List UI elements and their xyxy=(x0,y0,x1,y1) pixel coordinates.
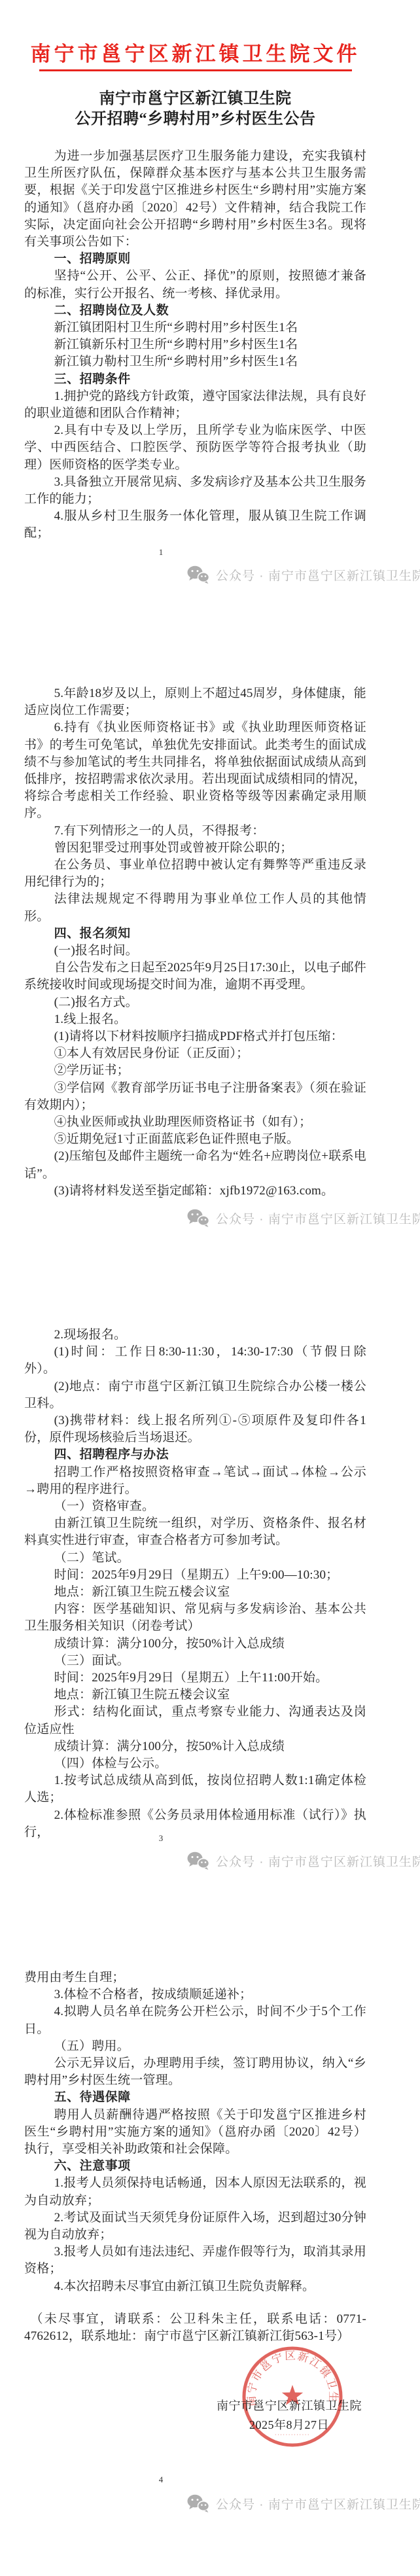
paragraph: 4.拟聘人员名单在院务公开栏公示，时间不少于5个工作日。 xyxy=(24,2003,366,2037)
paragraph: 内容：医学基础知识、常见病与多发病诊治、基本公共卫生服务相关知识（闭卷考试） xyxy=(24,1601,366,1635)
paragraph: 法律法规规定不得聘用为事业单位工作人员的其他情形。 xyxy=(24,891,366,925)
page-2-body: 5.年龄18岁及以上，原则上不超过45周岁，身体健康，能适应岗位工作需要；6.持… xyxy=(24,685,366,1200)
paragraph: 时间：2025年9月29日（星期五）上午11:00开始。 xyxy=(24,1670,366,1687)
wechat-icon xyxy=(186,1851,210,1870)
paragraph: 形式：结构化面试，重点考察专业能力、沟通表达及岗位适应性 xyxy=(24,1704,366,1738)
paragraph: 新江镇力勒村卫生所“乡聘村用”乡村医生1名 xyxy=(24,353,366,370)
paragraph: (2)压缩包及邮件主题统一命名为“姓名+应聘岗位+联系电话”。 xyxy=(24,1148,366,1182)
page-number-4: 4 xyxy=(148,2475,174,2485)
section-heading: 六、注意事项 xyxy=(24,2158,366,2175)
document-scan: 南宁市邕宁区新江镇卫生院文件 南宁市邕宁区新江镇卫生院 公开招聘“乡聘村用”乡村… xyxy=(0,0,420,2576)
wechat-watermark: 公众号 · 南宁市邕宁区新江镇卫生院 xyxy=(186,2492,420,2515)
paragraph: 时间：2025年9月29日（星期五）上午9:00—10:30； xyxy=(24,1567,366,1584)
wechat-watermark: 公众号 · 南宁市邕宁区新江镇卫生院 xyxy=(186,1206,420,1230)
paragraph: 2.体检标准参照《公务员录用体检通用标准（试行）》执行， xyxy=(24,1807,366,1841)
official-seal: 南宁市邕宁区新江镇卫生院 ············· xyxy=(240,2344,345,2449)
paragraph: (二)报名方式。 xyxy=(24,994,366,1011)
paragraph: 曾因犯罪受过刑事处罚或曾被开除公职的； xyxy=(24,840,366,857)
paragraph: 招聘工作严格按照资格审查→笔试→面试→体检→公示→聘用的程序进行。 xyxy=(24,1464,366,1498)
paragraph: 4.本次招聘未尽事宜由新江镇卫生院负责解释。 xyxy=(24,2278,366,2295)
paragraph: ④执业医师或执业助理医师资格证书（如有）； xyxy=(24,1114,366,1131)
paragraph: （三）面试。 xyxy=(24,1653,366,1670)
paragraph: （二）笔试。 xyxy=(24,1550,366,1567)
seal-code-dots: ············· xyxy=(275,2432,310,2438)
paragraph: 1.报考人员须保持电话畅通，因本人原因无法联系的，视为自动放弃； xyxy=(24,2175,366,2209)
paragraph: 公示无异议后，办理聘用手续，签订聘用协议，纳入“乡聘村用”乡村医生统一管理。 xyxy=(24,2055,366,2089)
paragraph: ②学历证书； xyxy=(24,1062,366,1079)
wechat-icon xyxy=(186,1208,210,1228)
page-3-body: 2.现场报名。(1)时间：工作日8:30-11:30，14:30-17:30（节… xyxy=(24,1327,366,1841)
page-1-body: 为进一步加强基层医疗卫生服务能力建设，充实我镇村卫生所医疗队伍，保障群众基本医疗… xyxy=(24,148,366,543)
page-number-2: 2 xyxy=(148,1190,174,1200)
section-heading: 二、招聘岗位及人数 xyxy=(24,302,366,319)
paragraph: 费用由考生自理； xyxy=(24,1969,366,1986)
wechat-icon xyxy=(186,565,210,584)
paragraph: 2.现场报名。 xyxy=(24,1327,366,1344)
page-number-3: 3 xyxy=(148,1833,174,1844)
paragraph: 成绩计算：满分100分，按50%计入总成绩 xyxy=(24,1738,366,1755)
paragraph: 为进一步加强基层医疗卫生服务能力建设，充实我镇村卫生所医疗队伍，保障群众基本医疗… xyxy=(24,148,366,251)
page-4-body: 费用由考生自理；3.体检不合格者，按成绩顺延递补；4.拟聘人员名单在院务公开栏公… xyxy=(24,1969,366,2345)
announcement-title-line2: 公开招聘“乡聘村用”乡村医生公告 xyxy=(24,109,366,130)
paragraph: 3.体检不合格者，按成绩顺延递补； xyxy=(24,1986,366,2003)
page-number-1: 1 xyxy=(148,547,174,558)
paragraph: 聘用人员薪酬待遇严格按照《关于印发邕宁区推进乡村医生“乡聘村用”实施方案的通知》… xyxy=(24,2107,366,2158)
paragraph: ⑤近期免冠1寸正面蓝底彩色证件照电子版。 xyxy=(24,1131,366,1148)
paragraph: 2.具有中专及以上学历，且所学专业为临床医学、中医学、中西医结合、口腔医学、预防… xyxy=(24,422,366,474)
paragraph: （一）资格审查。 xyxy=(24,1498,366,1515)
section-heading: 五、待遇保障 xyxy=(24,2089,366,2106)
paragraph: (1)请将以下材料按顺序扫描成PDF格式并打包压缩： xyxy=(24,1028,366,1045)
paragraph: 6.持有《执业医师资格证书》或《执业助理医师资格证书》的考生可免笔试，单独优先安… xyxy=(24,719,366,822)
paragraph: (3)携带材料：线上报名所列①-⑤项原件及复印件各1份，原件现场核验后当场退还。 xyxy=(24,1412,366,1446)
paragraph: (2)地点：南宁市邕宁区新江镇卫生院综合办公楼一楼公卫科。 xyxy=(24,1378,366,1412)
paragraph: 1.拥护党的路线方针政策，遵守国家法律法规，具有良好的职业道德和团队合作精神； xyxy=(24,388,366,422)
paragraph: (3)请将材料发送至指定邮箱：xjfb1972@163.com。 xyxy=(24,1183,366,1200)
paragraph: 由新江镇卫生院统一组织，对学历、资格条件、报名材料真实性进行审查，审查合格者方可… xyxy=(24,1515,366,1549)
wechat-watermark: 公众号 · 南宁市邕宁区新江镇卫生院 xyxy=(186,563,420,586)
letterhead-divider xyxy=(39,69,352,71)
paragraph: 地点：新江镇卫生院五楼会议室 xyxy=(24,1584,366,1601)
paragraph: （四）体检与公示。 xyxy=(24,1755,366,1772)
paragraph: 地点：新江镇卫生院五楼会议室 xyxy=(24,1687,366,1704)
paragraph: （五）聘用。 xyxy=(24,2038,366,2055)
paragraph: 新江镇新乐村卫生所“乡聘村用”乡村医生1名 xyxy=(24,336,366,353)
paragraph: 在公务员、事业单位招聘中被认定有舞弊等严重违反录用纪律行为的； xyxy=(24,857,366,891)
paragraph: 新江镇团阳村卫生所“乡聘村用”乡村医生1名 xyxy=(24,319,366,336)
paragraph: ①本人有效居民身份证（正反面）； xyxy=(24,1045,366,1062)
paragraph: 3.具备独立开展常见病、多发病诊疗及基本公共卫生服务工作的能力； xyxy=(24,474,366,508)
paragraph: 自公告发布之日起至2025年9月25日17:30止，以电子邮件系统接收时间或现场… xyxy=(24,959,366,993)
paragraph: 4.服从乡村卫生服务一体化管理，服从镇卫生院工作调配； xyxy=(24,508,366,542)
red-letterhead-title: 南宁市邕宁区新江镇卫生院文件 xyxy=(24,41,366,68)
paragraph: 1.按考试总成绩从高到低，按岗位招聘人数1:1确定体检人选； xyxy=(24,1772,366,1806)
paragraph: 3.报考人员如有违法违纪、弄虚作假等行为，取消其录用资格； xyxy=(24,2244,366,2278)
star-icon xyxy=(282,2385,303,2405)
paragraph: ③学信网《教育部学历证书电子注册备案表》（须在验证有效期内）； xyxy=(24,1080,366,1114)
watermark-text: 公众号 · 南宁市邕宁区新江镇卫生院 xyxy=(216,1852,420,1870)
paragraph: (一)报名时间。 xyxy=(24,942,366,959)
paragraph: 成绩计算：满分100分，按50%计入总成绩 xyxy=(24,1636,366,1653)
section-heading: 一、招聘原则 xyxy=(24,251,366,268)
wechat-icon xyxy=(186,2494,210,2513)
watermark-text: 公众号 · 南宁市邕宁区新江镇卫生院 xyxy=(216,566,420,584)
wechat-watermark: 公众号 · 南宁市邕宁区新江镇卫生院 xyxy=(186,1849,420,1872)
paragraph: (1)时间：工作日8:30-11:30，14:30-17:30（节假日除外）。 xyxy=(24,1344,366,1378)
section-heading: 四、招聘程序与办法 xyxy=(24,1446,366,1463)
paragraph: 坚持“公开、公平、公正、择优”的原则，按照德才兼备的标准，实行公开报名、统一考核… xyxy=(24,268,366,302)
announcement-title-line1: 南宁市邕宁区新江镇卫生院 xyxy=(24,89,366,109)
paragraph: 7.有下列情形之一的人员，不得报考： xyxy=(24,823,366,840)
paragraph: 2.考试及面试当天须凭身份证原件入场，迟到超过30分钟视为自动放弃； xyxy=(24,2209,366,2244)
paragraph: 1.线上报名。 xyxy=(24,1011,366,1028)
announcement-title: 南宁市邕宁区新江镇卫生院 公开招聘“乡聘村用”乡村医生公告 xyxy=(24,89,366,130)
watermark-text: 公众号 · 南宁市邕宁区新江镇卫生院 xyxy=(216,1209,420,1227)
section-heading: 三、招聘条件 xyxy=(24,371,366,388)
paragraph: （未尽事宜，请联系：公卫科朱主任，联系电话：0771-4762612，联系地址：… xyxy=(24,2311,366,2345)
watermark-text: 公众号 · 南宁市邕宁区新江镇卫生院 xyxy=(216,2495,420,2513)
paragraph: 5.年龄18岁及以上，原则上不超过45周岁，身体健康，能适应岗位工作需要； xyxy=(24,685,366,719)
section-heading: 四、报名须知 xyxy=(24,925,366,942)
